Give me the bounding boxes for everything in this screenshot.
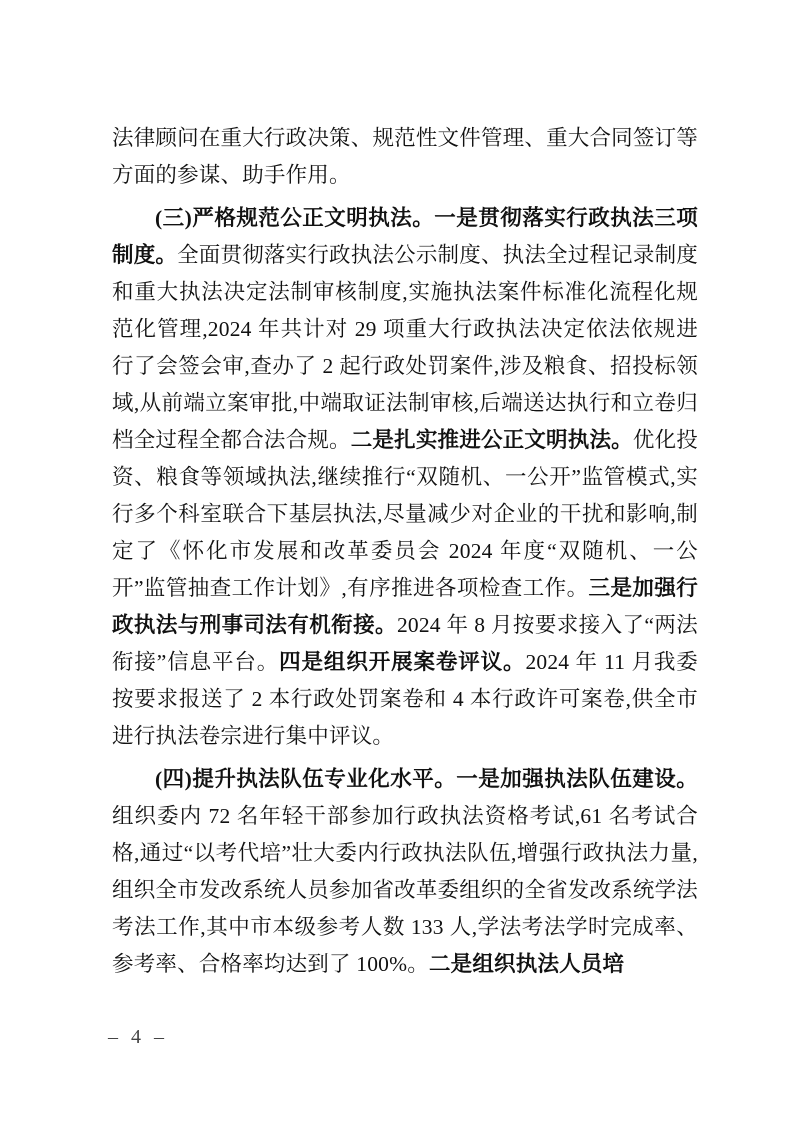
paragraph: 法律顾问在重大行政决策、规范性文件管理、重大合同签订等方面的参谋、助手作用。 xyxy=(112,120,698,194)
text-run: 组织委内 72 名年轻干部参加行政执法资格考试,61 名考试合格,通过“以考代培… xyxy=(112,804,698,976)
page-number: – 4 – xyxy=(108,1026,168,1049)
document-page: 法律顾问在重大行政决策、规范性文件管理、重大合同签订等方面的参谋、助手作用。 (… xyxy=(0,0,793,1122)
text-run: 优化投资、粮食等领域执法,继续推行“双随机、一公开”监管模式,实行多个科室联合下… xyxy=(112,428,698,600)
subpoint-heading-run: 四是组织开展案卷评议。 xyxy=(279,650,525,674)
subpoint-heading-run: 二是扎实推进公正文明执法。 xyxy=(351,428,633,452)
paragraph: (四)提升执法队伍专业化水平。一是加强执法队伍建设。组织委内 72 名年轻干部参… xyxy=(112,761,698,983)
text-run: 法律顾问在重大行政决策、规范性文件管理、重大合同签订等方面的参谋、助手作用。 xyxy=(112,126,698,187)
subpoint-heading-run: 二是组织执法人员培 xyxy=(429,952,624,976)
paragraph: (三)严格规范公正文明执法。一是贯彻落实行政执法三项制度。全面贯彻落实行政执法公… xyxy=(112,200,698,755)
section-heading-run: (四)提升执法队伍专业化水平。一是加强执法队伍建设。 xyxy=(155,767,698,791)
text-run: 全面贯彻落实行政执法公示制度、执法全过程记录制度和重大执法决定法制审核制度,实施… xyxy=(112,243,698,452)
document-body: 法律顾问在重大行政决策、规范性文件管理、重大合同签订等方面的参谋、助手作用。 (… xyxy=(112,120,698,983)
